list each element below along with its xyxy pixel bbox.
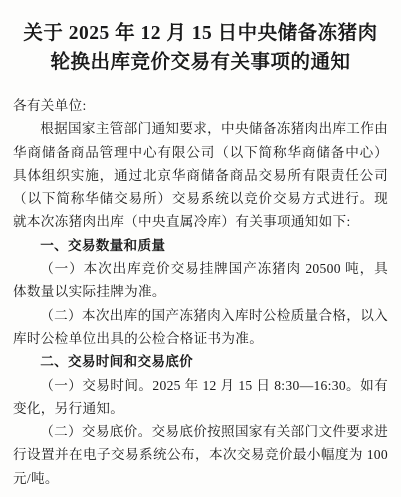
paragraph-2-1: （一）交易时间。2025 年 12 月 15 日 8:30—16:30。如有变化… — [13, 374, 388, 421]
paragraph-intro: 根据国家主管部门通知要求，中央储备冻猪肉出库工作由华商储备商品管理中心有限公司（… — [13, 117, 388, 233]
section-heading-2: 二、交易时间和交易底价 — [13, 350, 388, 373]
paragraph-1-1: （一）本次出库竞价交易挂牌国产冻猪肉 20500 吨，具体数量以实际挂牌为准。 — [13, 257, 388, 304]
document-title-line-1: 关于 2025 年 12 月 15 日中央储备冻猪肉 — [23, 19, 378, 48]
document-title: 关于 2025 年 12 月 15 日中央储备冻猪肉 轮换出库竞价交易有关事项的… — [23, 19, 378, 77]
paragraph-2-2: （二）交易底价。交易底价按照国家有关部门文件要求进行设置并在电子交易系统公布，本… — [13, 420, 388, 490]
section-heading-1: 一、交易数量和质量 — [13, 234, 388, 257]
document-title-line-2: 轮换出库竞价交易有关事项的通知 — [23, 48, 378, 77]
paragraph-1-2: （二）本次出库的国产冻猪肉入库时公检质量合格，以入库时公检单位出具的公检合格证书… — [13, 304, 388, 351]
document-page: 关于 2025 年 12 月 15 日中央储备冻猪肉 轮换出库竞价交易有关事项的… — [0, 0, 401, 497]
document-body: 各有关单位: 根据国家主管部门通知要求，中央储备冻猪肉出库工作由华商储备商品管理… — [13, 94, 388, 490]
salutation: 各有关单位: — [13, 94, 388, 117]
